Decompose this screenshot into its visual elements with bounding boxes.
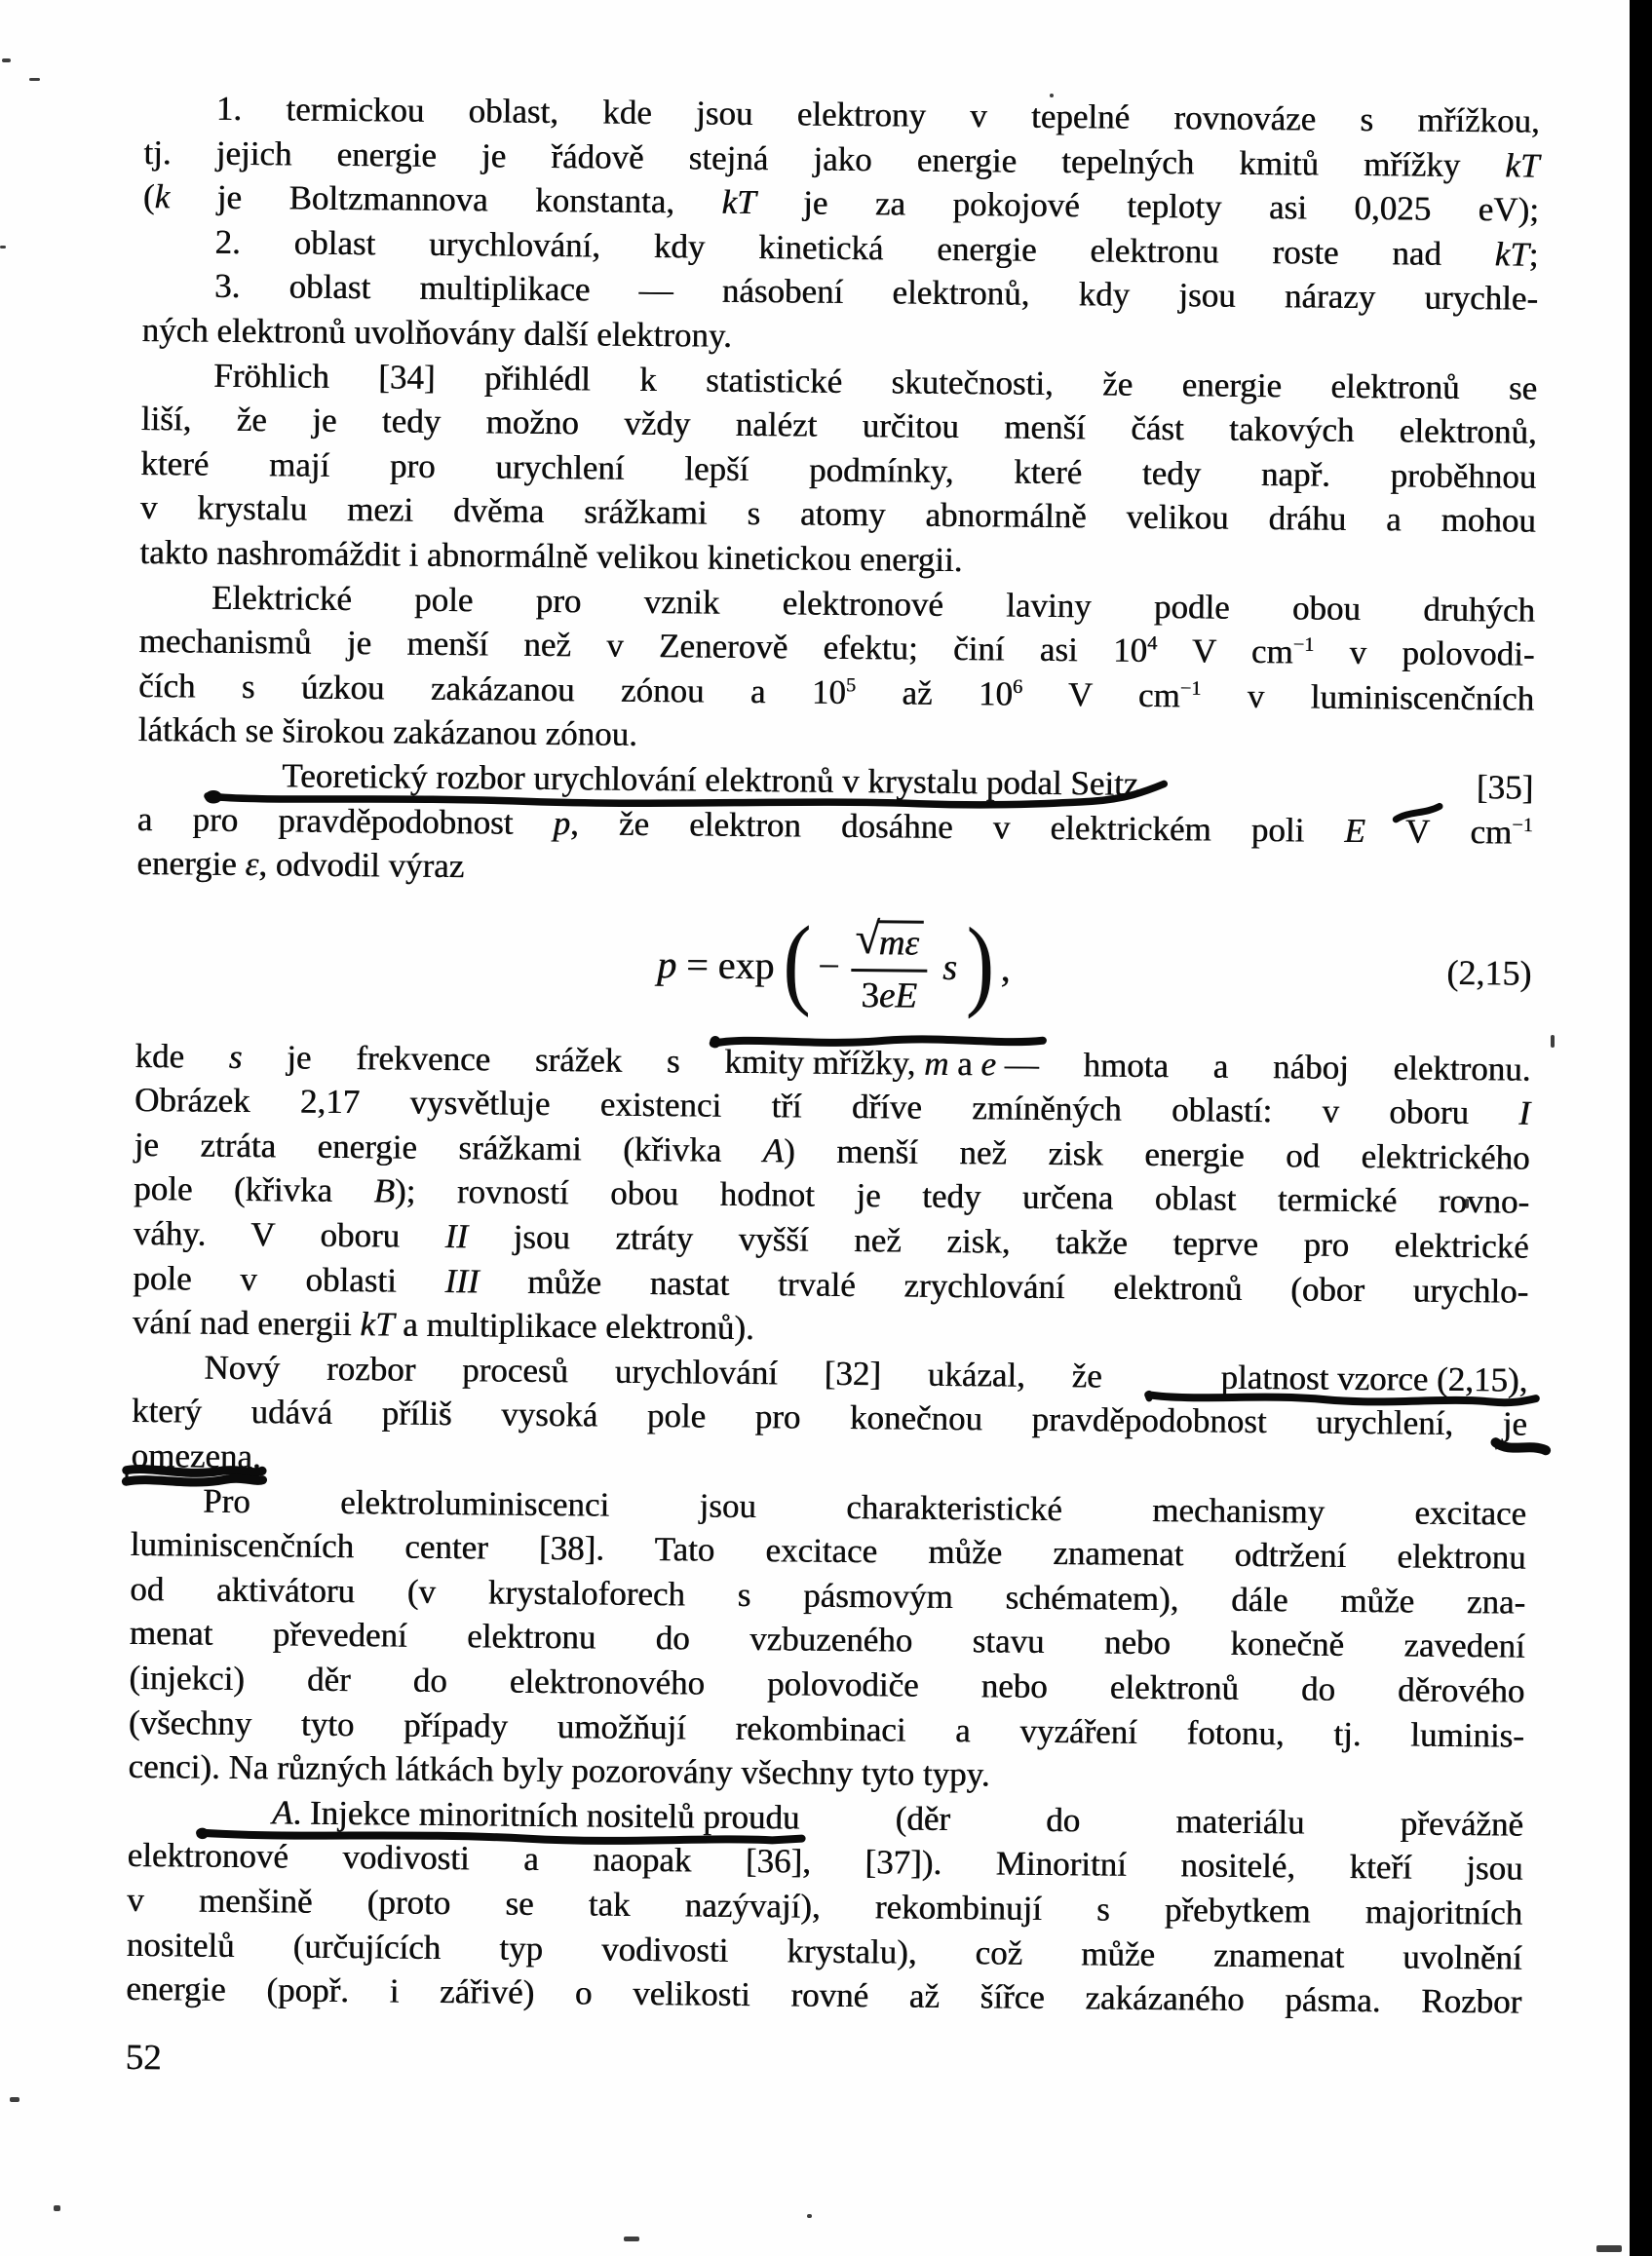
denominator: 3eE <box>851 977 927 1014</box>
fraction: √mε 3eE <box>851 920 927 1014</box>
scan-speck <box>10 2097 19 2102</box>
equals-sign: = <box>686 942 709 988</box>
page-text-bottom: kde s je frekvence srážek s kmity mřížky… <box>126 1034 1531 2025</box>
scan-speck <box>1050 94 1054 97</box>
paragraph: 1. termickou oblast, kde jsou elektrony … <box>143 86 1540 233</box>
page-text-top: 1. termickou oblast, kde jsou elektrony … <box>136 86 1540 899</box>
paragraph: Teoretický rozbor urychlování elektronů … <box>136 752 1533 899</box>
scan-speck <box>1551 1035 1555 1048</box>
fraction-bar <box>852 969 928 973</box>
scan-speck <box>0 246 6 249</box>
paragraph: A. Injekce minoritních nositelů proudu (… <box>126 1789 1523 2025</box>
pen-mark: kmity mřížky, m a e — <box>724 1039 1039 1087</box>
collision-frequency-symbol: s <box>942 946 957 989</box>
scan-speck <box>54 2205 60 2211</box>
paragraph: kde s je frekvence srážek s kmity mřížky… <box>133 1034 1531 1358</box>
minus-sign: − <box>818 943 840 989</box>
pen-mark: V <box>1405 809 1431 854</box>
scan-speck <box>441 1409 444 1413</box>
equation: p = exp ( − √mε 3eE s ) , <box>657 918 1011 1015</box>
pen-mark: platnost vzorce (2,15), <box>1148 1355 1527 1402</box>
scan-speck <box>1596 2245 1622 2252</box>
pen-mark: je <box>1502 1402 1527 1447</box>
numerator: √mε <box>853 920 926 968</box>
equation-lhs: p <box>657 941 676 987</box>
paragraph: Elektrické pole pro vznik elektronové la… <box>137 575 1535 766</box>
pen-mark: Teoretický rozbor urychlování elektronů … <box>210 753 1138 807</box>
equation-row: p = exp ( − √mε 3eE s ) , (2,15) <box>135 886 1532 1048</box>
pen-mark: omezena <box>131 1434 252 1479</box>
denominator-variables: eE <box>879 975 917 1015</box>
page-content: 1. termickou oblast, kde jsou elektrony … <box>125 86 1540 2091</box>
scanned-page: 1. termickou oblast, kde jsou elektrony … <box>0 0 1652 2256</box>
scan-speck <box>2 58 11 62</box>
pen-mark: A. Injekce minoritních nositelů proudu <box>200 1789 800 1839</box>
scan-speck <box>807 2214 812 2218</box>
equation-comma: , <box>1000 945 1010 991</box>
denominator-coefficient: 3 <box>861 975 879 1015</box>
radical-icon: √ <box>855 919 880 957</box>
paragraph: Pro elektroluminiscenci jsou charakteris… <box>128 1478 1526 1803</box>
paragraph: Fröhlich [34] přihlédl k statistické sku… <box>139 353 1537 589</box>
scan-speck <box>1465 1199 1469 1208</box>
exp-function: exp <box>717 942 774 989</box>
equation-label: (2,15) <box>1446 952 1531 994</box>
radicand: mε <box>876 920 924 963</box>
paragraph: 3. oblast multiplikace — násobení elektr… <box>141 263 1538 365</box>
paragraph: Nový rozbor procesů urychlování [32] uká… <box>131 1345 1527 1492</box>
page-number: 52 <box>125 2037 1520 2092</box>
scan-speck <box>624 2237 639 2241</box>
scan-edge-band <box>1630 0 1652 2256</box>
scan-speck <box>29 78 40 81</box>
